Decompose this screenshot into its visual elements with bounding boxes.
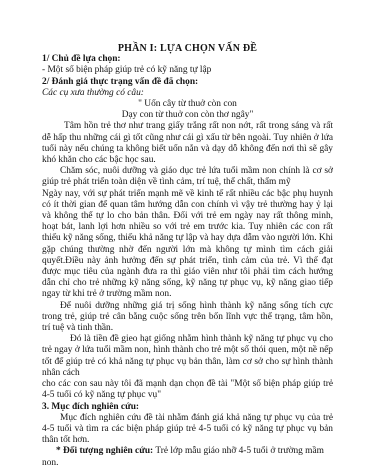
- document-page: PHẦN I: LỰA CHỌN VẤN ĐỀ 1/ Chủ đề lựa ch…: [0, 0, 366, 473]
- purpose-paragraph: Mục đích nghiên cứu đề tài nhằm đánh giá…: [42, 413, 333, 447]
- topic-item: - Một số biện pháp giúp trẻ có kỹ năng t…: [42, 65, 333, 76]
- proverb-line-2: Dạy con từ thuở con còn thơ ngây": [42, 110, 333, 121]
- body-paragraph: Tâm hồn trẻ thơ như trang giấy trắng rất…: [42, 121, 333, 166]
- heading-research-purpose: 3. Mục đích nghiên cứu:: [42, 402, 333, 413]
- page-title: PHẦN I: LỰA CHỌN VẤN ĐỀ: [42, 43, 333, 54]
- body-paragraph: Chăm sóc, nuôi dưỡng và giáo dục trẻ lứa…: [42, 166, 333, 188]
- body-paragraph: Để nuôi dưỡng những giá trị sống hình th…: [42, 301, 333, 335]
- heading-topic-selection: 1/ Chủ đề lựa chọn:: [42, 54, 333, 65]
- proverb-intro: Các cụ xưa thường có câu:: [42, 88, 333, 99]
- proverb-line-1: " Uốn cây từ thuở còn con: [42, 99, 333, 110]
- body-paragraph: Ngày nay, với sự phát triển mạnh mẽ về k…: [42, 189, 333, 301]
- research-subject-line: * Đối tượng nghiên cứu: Trẻ lớp mẫu giáo…: [42, 446, 333, 468]
- body-paragraph: cho các con sau này tôi đã mạnh dạn chọn…: [42, 379, 333, 401]
- body-paragraph: Đó là tiền đề gieo hạt giống nhằm hình t…: [42, 334, 333, 379]
- research-subject-label: * Đối tượng nghiên cứu:: [56, 446, 153, 456]
- heading-assessment: 2/ Đánh giá thực trạng vấn đề đã chọn:: [42, 77, 333, 88]
